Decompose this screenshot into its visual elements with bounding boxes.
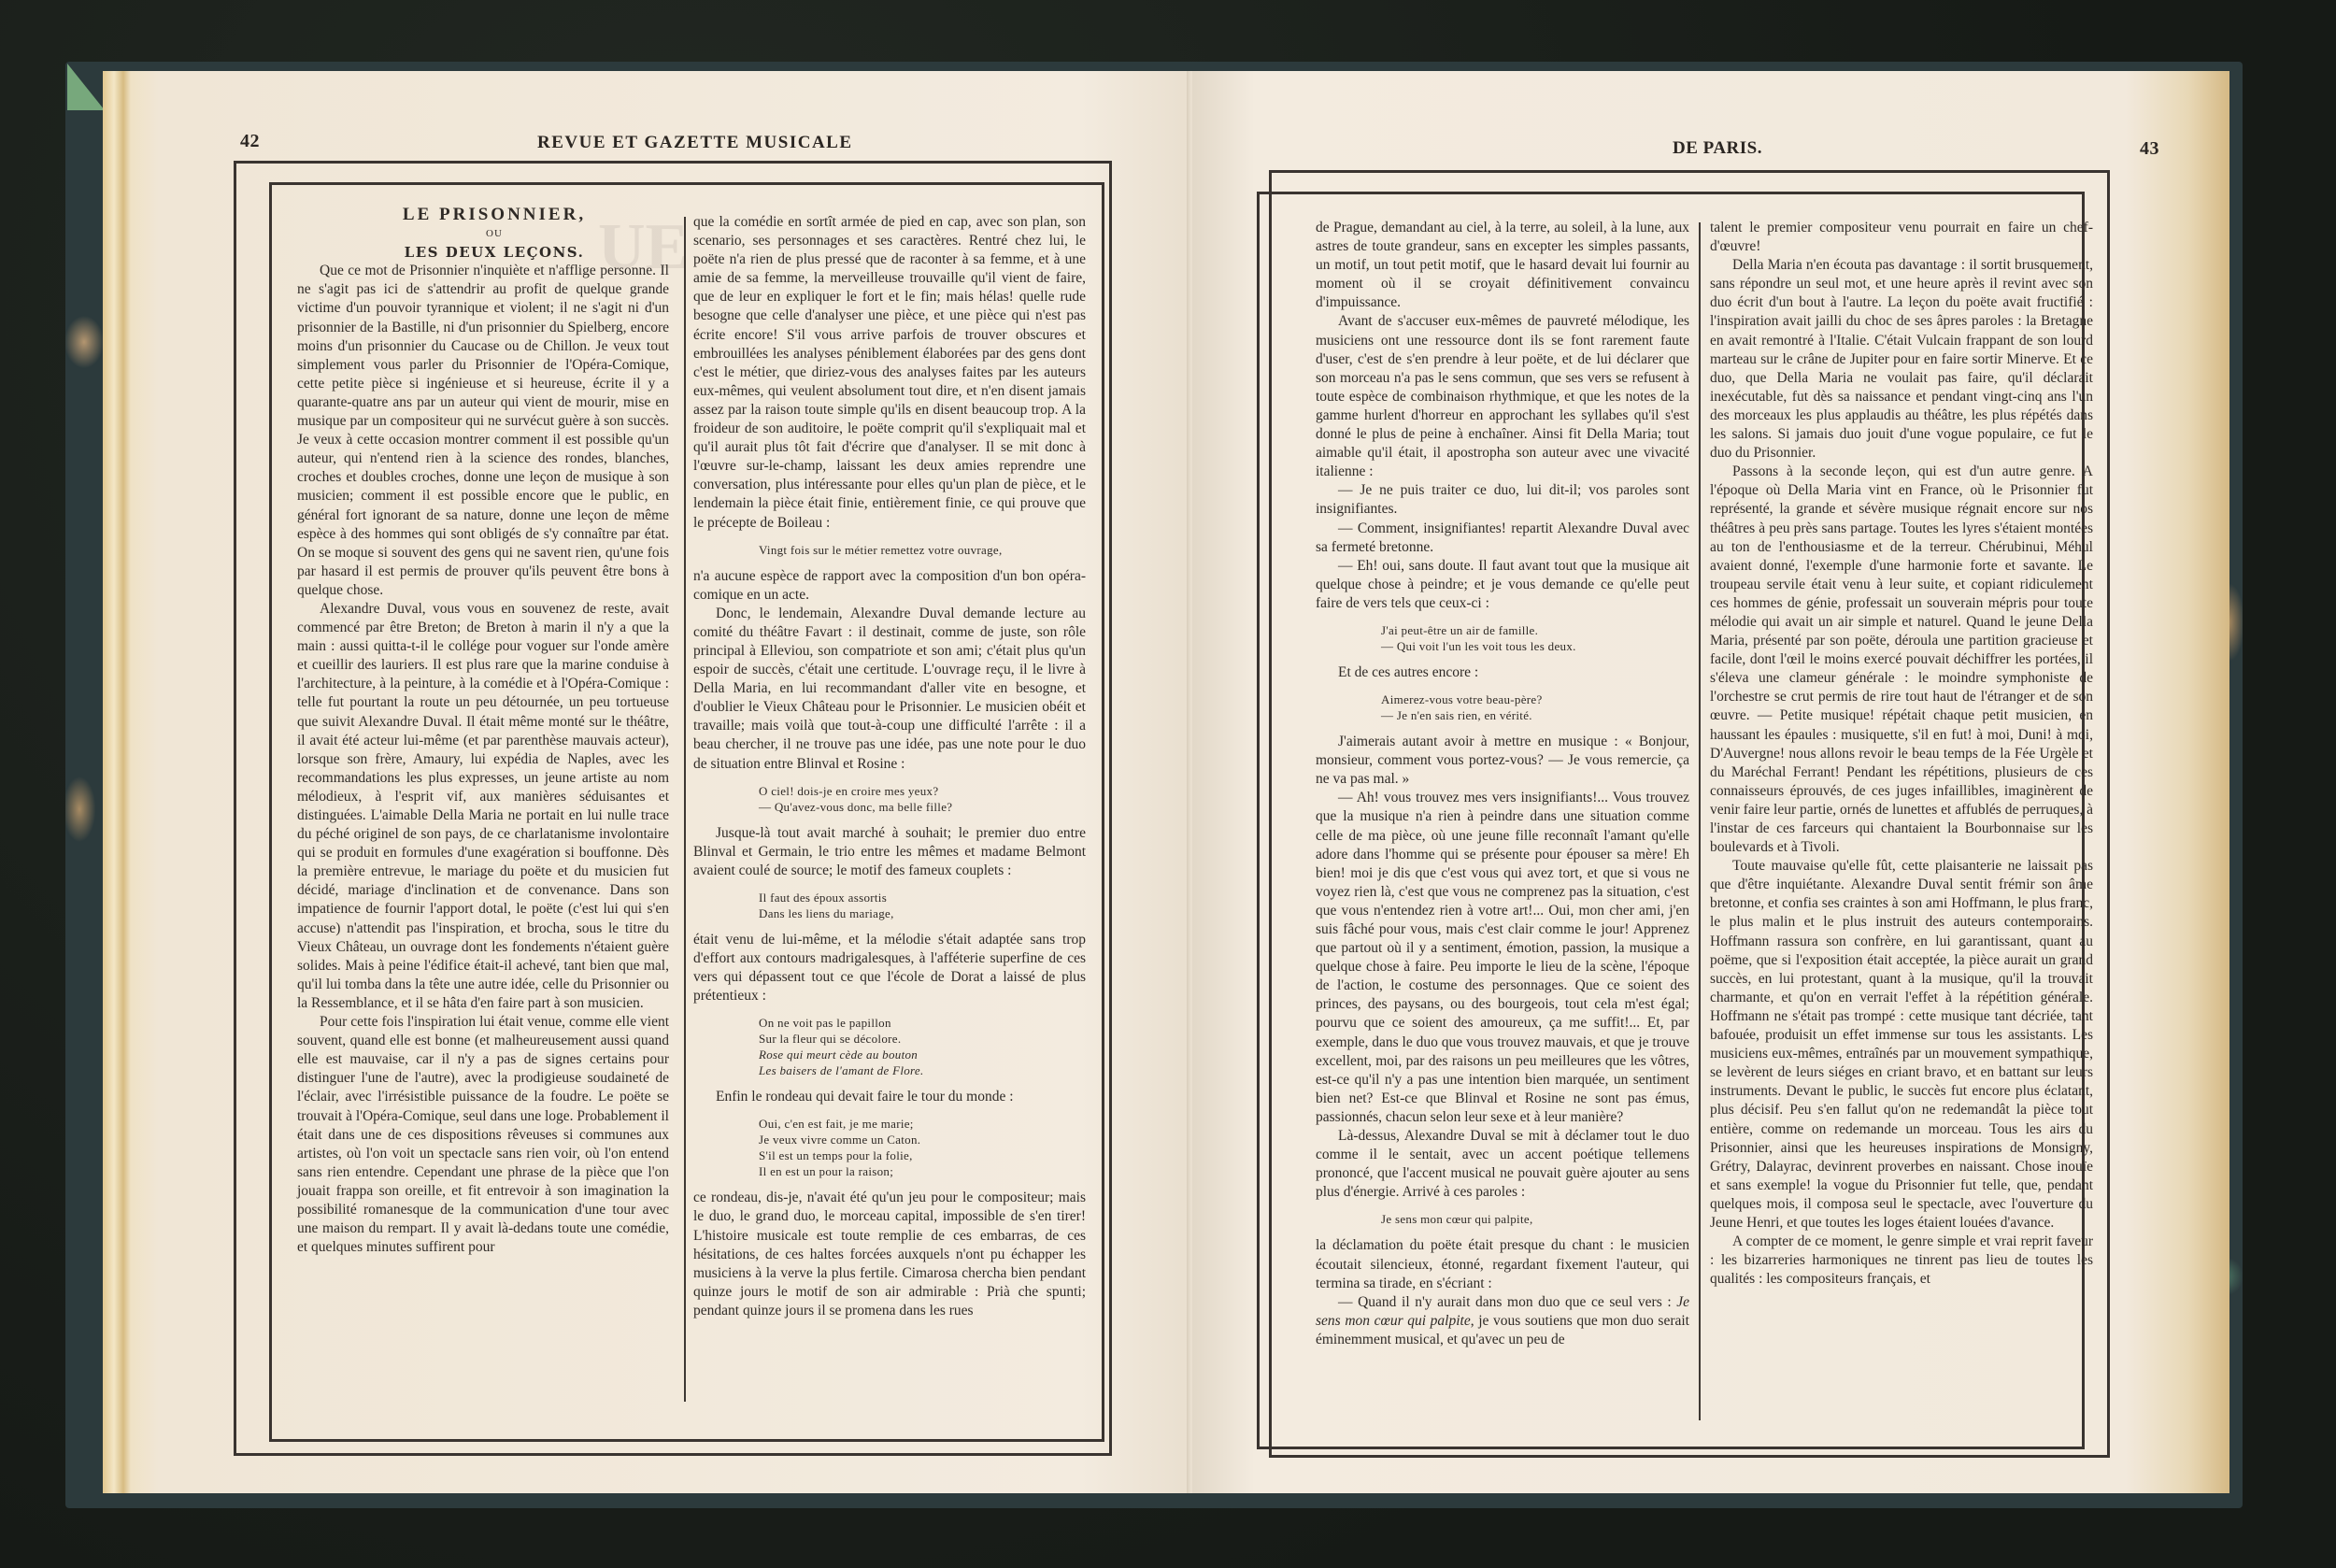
paragraph: Avant de s'accuser eux-mêmes de pauvreté…	[1316, 312, 1689, 481]
paragraph: — Je ne puis traiter ce duo, lui dit-il;…	[1316, 481, 1689, 519]
verse-line: Il faut des époux assortis	[759, 890, 1086, 905]
verse-quote: J'ai peut-être un air de famille. — Qui …	[1381, 622, 1689, 654]
paragraph: talent le premier compositeur venu pourr…	[1710, 219, 2093, 256]
verse-quote: Je sens mon cœur qui palpite,	[1381, 1211, 1689, 1227]
verse-line: O ciel! dois-je en croire mes yeux?	[759, 783, 1086, 799]
column-rule-right	[1699, 222, 1701, 1420]
paragraph: — Eh! oui, sans doute. Il faut avant tou…	[1316, 557, 1689, 613]
paragraph: J'aimerais autant avoir à mettre en musi…	[1316, 733, 1689, 789]
verse-line: Il en est un pour la raison;	[759, 1163, 1086, 1179]
verse-line: Sur la fleur qui se décolore.	[759, 1031, 1086, 1047]
paragraph: Alexandre Duval, vous vous en souvenez d…	[297, 600, 669, 1013]
verse-line: J'ai peut-être un air de famille.	[1381, 622, 1689, 638]
paragraph: de Prague, demandant au ciel, à la terre…	[1316, 219, 1689, 312]
paragraph: Que ce mot de Prisonnier n'inquiète et n…	[297, 262, 669, 600]
paragraph: Della Maria n'en écouta pas davantage : …	[1710, 256, 2093, 463]
paragraph: Passons à la seconde leçon, qui est d'un…	[1710, 463, 2093, 857]
paragraph: — Quand il n'y aurait dans mon duo que c…	[1316, 1293, 1689, 1349]
paragraph: que la comédie en sortît armée de pied e…	[693, 213, 1086, 533]
paragraph: — Ah! vous trouvez mes vers insignifiant…	[1316, 789, 1689, 1127]
paragraph: n'a aucune espèce de rapport avec la com…	[693, 567, 1086, 605]
article-subtitle: LES DEUX LEÇONS.	[297, 243, 669, 262]
page-number-left: 42	[240, 131, 260, 152]
verse-quote: Il faut des époux assortis Dans les lien…	[759, 890, 1086, 921]
running-head-left: REVUE ET GAZETTE MUSICALE	[537, 133, 853, 153]
verse-quote: Oui, c'en est fait, je me marie; Je veux…	[759, 1116, 1086, 1179]
verse-line: Je veux vivre comme un Caton.	[759, 1132, 1086, 1147]
verse-quote: Vingt fois sur le métier remettez votre …	[759, 542, 1086, 558]
verse-line: Oui, c'en est fait, je me marie;	[759, 1116, 1086, 1132]
verse-quote: O ciel! dois-je en croire mes yeux? — Qu…	[759, 783, 1086, 815]
column-rule-left	[684, 217, 686, 1402]
verse-line: Aimerez-vous votre beau-père?	[1381, 691, 1689, 707]
left-page-column-2: que la comédie en sortît armée de pied e…	[693, 213, 1086, 1320]
verse-line: S'il est un temps pour la folie,	[759, 1147, 1086, 1163]
verse-line: Dans les liens du mariage,	[759, 905, 1086, 921]
paragraph: la déclamation du poëte était presque du…	[1316, 1236, 1689, 1292]
verse-line: — Qui voit l'un les voit tous les deux.	[1381, 638, 1689, 654]
verse-line: Les baisers de l'amant de Flore.	[759, 1062, 1086, 1078]
verse-quote: On ne voit pas le papillon Sur la fleur …	[759, 1015, 1086, 1078]
verse-line: Vingt fois sur le métier remettez votre …	[759, 542, 1086, 558]
page-number-right: 43	[2140, 138, 2159, 160]
paragraph: ce rondeau, dis-je, n'avait été qu'un je…	[693, 1189, 1086, 1320]
paragraph: Pour cette fois l'inspiration lui était …	[297, 1013, 669, 1257]
paragraph: Et de ces autres encore :	[1316, 663, 1689, 682]
paragraph: était venu de lui-même, et la mélodie s'…	[693, 931, 1086, 1005]
running-head-right: DE PARIS.	[1673, 138, 1762, 159]
paragraph: Donc, le lendemain, Alexandre Duval dema…	[693, 605, 1086, 774]
left-page-column-1: LE PRISONNIER, OU LES DEUX LEÇONS. Que c…	[297, 206, 669, 1257]
article-title: LE PRISONNIER,	[297, 206, 669, 224]
verse-line: Je sens mon cœur qui palpite,	[1381, 1211, 1689, 1227]
verse-line: Rose qui meurt cède au bouton	[759, 1047, 1086, 1062]
verse-line: On ne voit pas le papillon	[759, 1015, 1086, 1031]
paragraph: Jusque-là tout avait marché à souhait; l…	[693, 824, 1086, 880]
paragraph: Là-dessus, Alexandre Duval se mit à décl…	[1316, 1127, 1689, 1202]
verse-line: — Qu'avez-vous donc, ma belle fille?	[759, 799, 1086, 815]
paragraph: — Comment, insignifiantes! repartit Alex…	[1316, 520, 1689, 557]
right-page-column-2: talent le premier compositeur venu pourr…	[1710, 219, 2093, 1289]
paragraph: A compter de ce moment, le genre simple …	[1710, 1233, 2093, 1289]
paragraph: Enfin le rondeau qui devait faire le tou…	[693, 1088, 1086, 1106]
verse-line: — Je n'en sais rien, en vérité.	[1381, 707, 1689, 723]
verse-quote: Aimerez-vous votre beau-père? — Je n'en …	[1381, 691, 1689, 723]
paragraph: Toute mauvaise qu'elle fût, cette plaisa…	[1710, 857, 2093, 1233]
right-page-column-1: de Prague, demandant au ciel, à la terre…	[1316, 219, 1689, 1349]
article-title-or: OU	[297, 224, 669, 243]
